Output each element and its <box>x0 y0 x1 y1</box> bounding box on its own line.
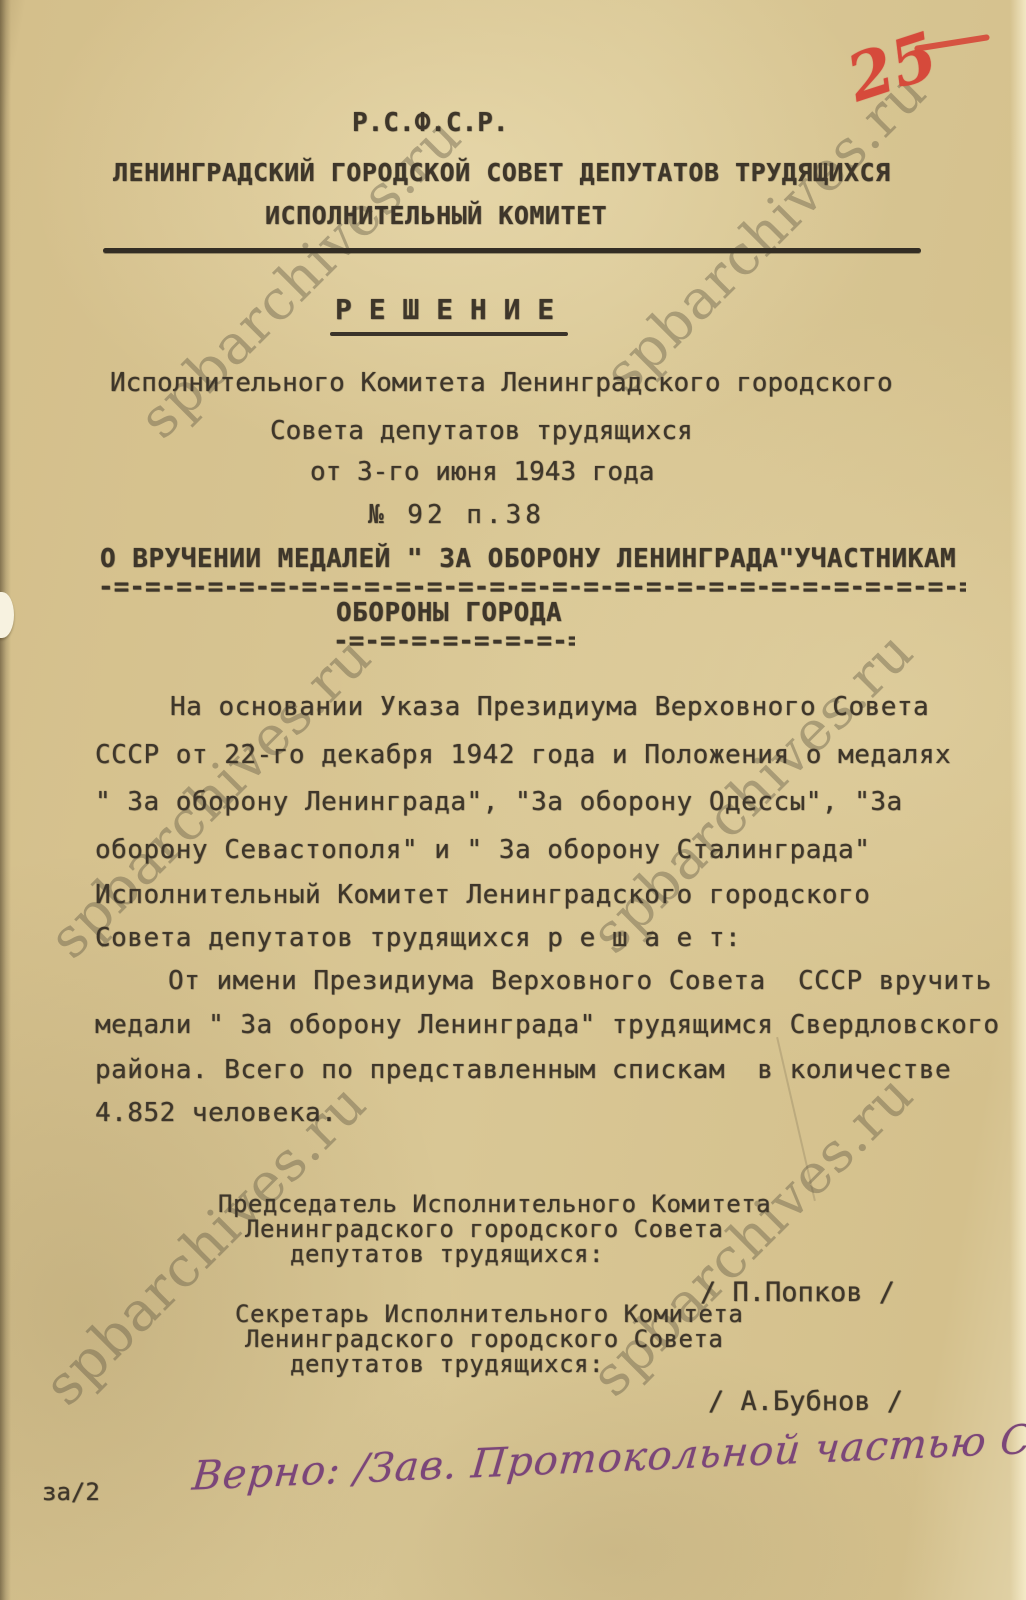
page-number-annotation: 25 <box>839 18 947 117</box>
body-line: Исполнительный Комитет Ленинградского го… <box>95 880 870 910</box>
subject-underline: -=-=-=-=-=-=-=-= <box>333 626 575 656</box>
body-line: " За оборону Ленинграда", "За оборону Од… <box>95 787 903 817</box>
signature-title-line: депутатов трудящихся: <box>290 1240 604 1268</box>
body-line: 4.852 человека. <box>95 1098 337 1128</box>
body-line: На основании Указа Президиума Верховного… <box>170 692 929 722</box>
header-republic: Р.С.Ф.С.Р. <box>352 108 509 138</box>
signature-title-line: Ленинградского городского Совета <box>245 1215 723 1243</box>
body-line: От имени Президиума Верховного Совета СС… <box>168 966 992 996</box>
header-rule <box>103 248 921 253</box>
page-left-edge-shadow <box>0 0 11 1600</box>
signature-title-line: Секретарь Исполнительного Комитета <box>235 1300 743 1328</box>
signature-title-line: Ленинградского городского Совета <box>245 1325 723 1353</box>
decision-title: Р Е Ш Е Н И Е <box>335 293 554 326</box>
signature-title-line: депутатов трудящихся: <box>290 1350 604 1378</box>
signature-title-line: Председатель Исполнительного Комитета <box>218 1190 771 1218</box>
header-council: ЛЕНИНГРАДСКИЙ ГОРОДСКОЙ СОВЕТ ДЕПУТАТОВ … <box>113 158 891 187</box>
secretary-name: / А.Бубнов / <box>708 1386 903 1417</box>
header-committee: ИСПОЛНИТЕЛЬНЫЙ КОМИТЕТ <box>265 201 607 230</box>
decision-number: № 92 п.38 <box>368 500 545 530</box>
certification-handwriting: Верно: /Зав. Протокольной частью Сучкова <box>190 1410 1026 1499</box>
document-page: spbarchives.ru spbarchives.ru spbarchive… <box>0 0 1026 1600</box>
body-line: медали " За оборону Ленинграда" трудящим… <box>95 1010 1000 1040</box>
decision-date: от 3-го июня 1943 года <box>310 457 654 487</box>
file-note: за/2 <box>42 1478 100 1506</box>
body-line: Совета депутатов трудящихся р е ш а е т: <box>95 923 741 953</box>
paper-notch <box>0 592 14 638</box>
decision-issuer-line: Совета депутатов трудящихся <box>270 416 693 446</box>
body-line: оборону Севастополя" и " За оборону Стал… <box>95 835 870 865</box>
decision-title-underline <box>330 332 568 336</box>
decision-subject-line: О ВРУЧЕНИИ МЕДАЛЕЙ " ЗА ОБОРОНУ ЛЕНИНГРА… <box>100 544 956 574</box>
decision-issuer-line: Исполнительного Комитета Ленинградского … <box>110 368 893 398</box>
page-right-edge-highlight <box>1010 0 1026 1600</box>
body-line: СССР от 22-го декабря 1942 года и Положе… <box>95 740 951 770</box>
decision-subject-line: ОБОРОНЫ ГОРОДА <box>336 598 562 628</box>
body-line: района. Всего по представленным спискам … <box>95 1055 951 1085</box>
